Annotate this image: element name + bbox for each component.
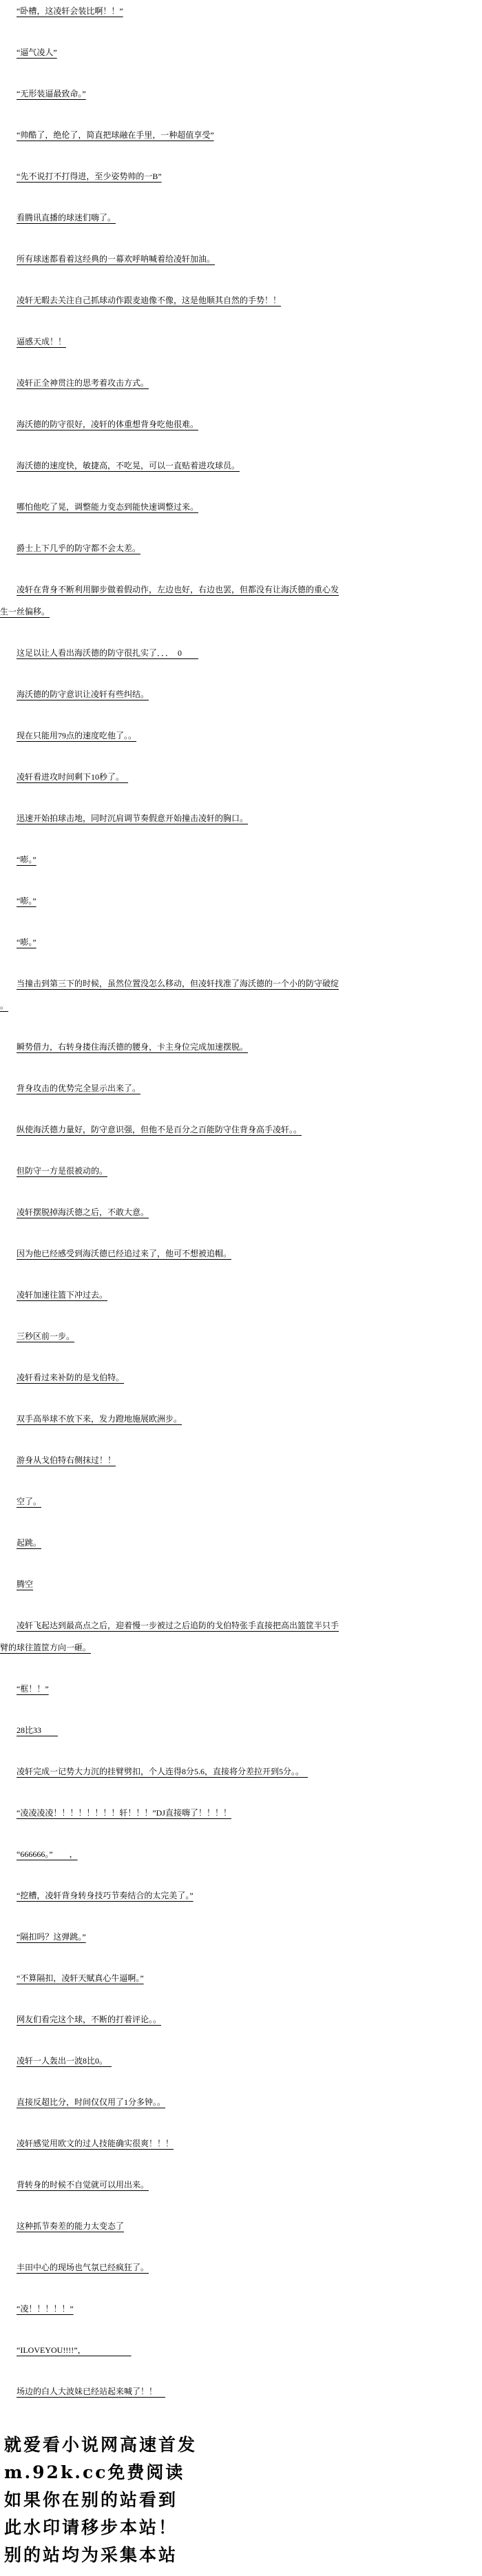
novel-paragraph: 迅速开始拍球击地，同时沉肩调节奏假意开始撞击凌轩的胸口。	[0, 807, 343, 829]
novel-paragraph: 游身从戈伯特右侧抹过！！	[0, 1449, 343, 1471]
novel-paragraph: 凌轩正全神贯注的思考着攻击方式。	[0, 372, 343, 394]
novel-paragraph: “嘭。”	[0, 849, 343, 871]
novel-paragraph: 现在只能用79点的速度吃他了。。	[0, 725, 343, 747]
novel-paragraph: 28比33	[0, 1719, 343, 1741]
novel-paragraph: 凌轩感觉用欧文的过人技能确实很爽！！！	[0, 2132, 343, 2154]
novel-paragraph: 场边的白人大波妹已经站起来喊了！！	[0, 2380, 343, 2402]
watermark-line: 就爱看小说网高速首发	[4, 2431, 482, 2459]
novel-paragraph: 因为他已经感受到海沃德已经追过来了，他可不想被追帽。	[0, 1243, 343, 1265]
novel-paragraph: “嘭。”	[0, 931, 343, 953]
novel-paragraph: 凌轩看过来补防的是戈伯特。	[0, 1367, 343, 1389]
novel-paragraph: 直接反超比分，时间仅仅用了1分多钟。。	[0, 2091, 343, 2113]
novel-paragraph: 凌轩摆脱掉海沃德之后，不敢大意。	[0, 1201, 343, 1223]
novel-paragraph: 背转身的时候不自觉就可以用出来。	[0, 2174, 343, 2196]
novel-paragraph: 海沃德的防守很好，凌轩的体重想背身吃他很难。	[0, 413, 343, 435]
novel-paragraph: 腾空	[0, 1573, 343, 1595]
novel-paragraph: “嘭。”	[0, 890, 343, 912]
watermark-line: 此水印请移步本站！	[4, 2514, 482, 2542]
novel-paragraph: “挖槽，凌轩背身转身技巧节奏结合的太完美了。”	[0, 1884, 343, 1907]
watermark-line: 如果你在别的站看到	[4, 2486, 482, 2514]
novel-paragraph: “凌凌凌凌！！！！！！！！轩！！！”DJ直接嗨了！！！！	[0, 1802, 343, 1824]
novel-paragraph: “ILOVEYOU!!!!”，	[0, 2339, 343, 2361]
novel-paragraph: 爵士上下几乎的防守都不会太差。	[0, 537, 343, 559]
novel-paragraph: 凌轩在背身不断利用脚步做着假动作，左边也好，右边也罢，但都没有让海沃德的重心发生…	[0, 579, 343, 623]
novel-paragraph: 凌轩加速往篮下冲过去。	[0, 1284, 343, 1306]
novel-paragraph: “隔扣吗？这弹跳。”	[0, 1926, 343, 1948]
site-watermark: 就爱看小说网高速首发m.92k.cc免费阅读如果你在别的站看到此水印请移步本站！…	[4, 2431, 482, 2569]
novel-paragraph: “凌！！！！！”	[0, 2298, 343, 2320]
novel-paragraph: 逼感天成！！	[0, 331, 343, 353]
novel-paragraph: 空了。	[0, 1490, 343, 1513]
novel-paragraph: 当撞击到第三下的时候，虽然位置没怎么移动，但凌轩找准了海沃德的一个小的防守破绽。	[0, 973, 343, 1017]
novel-paragraph: “先不说打不打得进，至少姿势帅的一B”	[0, 165, 343, 187]
novel-paragraph: 凌轩飞起达到最高点之后，迎着慢一步被过之后追防的戈伯特张手直接把高出篮筐半只手臂…	[0, 1614, 343, 1659]
novel-paragraph: 看腾讯直播的球迷们嗨了。	[0, 207, 343, 229]
novel-paragraph: 瞬势借力，右转身搂住海沃德的腰身，卡主身位完成加速摆脱。	[0, 1036, 343, 1058]
novel-paragraph: 双手高举球不放下来，发力蹬地施展欧洲步。	[0, 1408, 343, 1430]
novel-paragraph: 背身攻击的优势完全显示出来了。	[0, 1077, 343, 1099]
novel-paragraph: 但防守一方是很被动的。	[0, 1160, 343, 1182]
novel-paragraph: 纵使海沃德力量好，防守意识强，但他不是百分之百能防守住背身高手凌轩。。	[0, 1119, 343, 1141]
novel-paragraph: “无形装逼最致命。”	[0, 83, 343, 105]
novel-paragraph: 哪怕他吃了晃，调整能力变态到能快速调整过来。	[0, 496, 343, 518]
novel-reader-page: “卧槽，这凌轩会装比啊！！”“逼气凌人”“无形装逼最致命。”“帅酷了，绝伦了，简…	[0, 0, 482, 2576]
novel-paragraph: “逼气凌人”	[0, 41, 343, 63]
novel-paragraph: “帅酷了，绝伦了，简直把球融在手里，一种超值享受”	[0, 124, 343, 146]
novel-paragraph: 凌轩完成一记势大力沉的挂臂劈扣，个人连得8分5.6，直接将分差拉开到5分。。	[0, 1760, 343, 1783]
watermark-line: m.92k.cc免费阅读	[4, 2459, 482, 2486]
novel-paragraph: 这足以让人看出海沃德的防守很扎实了．．． 0	[0, 642, 343, 664]
novel-paragraph: 海沃德的速度快，敏捷高，不吃晃，可以一直贴着进攻球员。	[0, 455, 343, 477]
novel-paragraph: 网友们看完这个球，不断的打着评论。。	[0, 2008, 343, 2030]
novel-paragraph: 起跳。	[0, 1532, 343, 1554]
chapter-text: “卧槽，这凌轩会装比啊！！”“逼气凌人”“无形装逼最致命。”“帅酷了，绝伦了，简…	[0, 0, 482, 2402]
novel-paragraph: “卧槽，这凌轩会装比啊！！”	[0, 0, 343, 22]
novel-paragraph: 这种抓节奏差的能力太变态了	[0, 2215, 343, 2237]
novel-paragraph: 丰田中心的现场也气氛已经疯狂了。	[0, 2256, 343, 2278]
watermark-line: 别的站均为采集本站	[4, 2542, 482, 2569]
novel-paragraph: 海沃德的防守意识让凌轩有些纠结。	[0, 683, 343, 705]
novel-paragraph: 凌轩无暇去关注自己抓球动作跟麦迪像不像，这是他顺其自然的手势！！	[0, 289, 343, 311]
novel-paragraph: 凌轩看进攻时间剩下10秒了。	[0, 766, 343, 788]
novel-paragraph: 三秒区前一步。	[0, 1325, 343, 1347]
novel-paragraph: 所有球迷都看着这经典的一幕欢呼呐喊着给凌轩加油。	[0, 248, 343, 270]
novel-paragraph: “框！！”	[0, 1678, 343, 1700]
novel-paragraph: “不算隔扣，凌轩天赋真心牛逼啊。”	[0, 1967, 343, 1989]
novel-paragraph: “666666。” ，	[0, 1843, 343, 1865]
novel-paragraph: 凌轩一人轰出一波8比0。	[0, 2050, 343, 2072]
